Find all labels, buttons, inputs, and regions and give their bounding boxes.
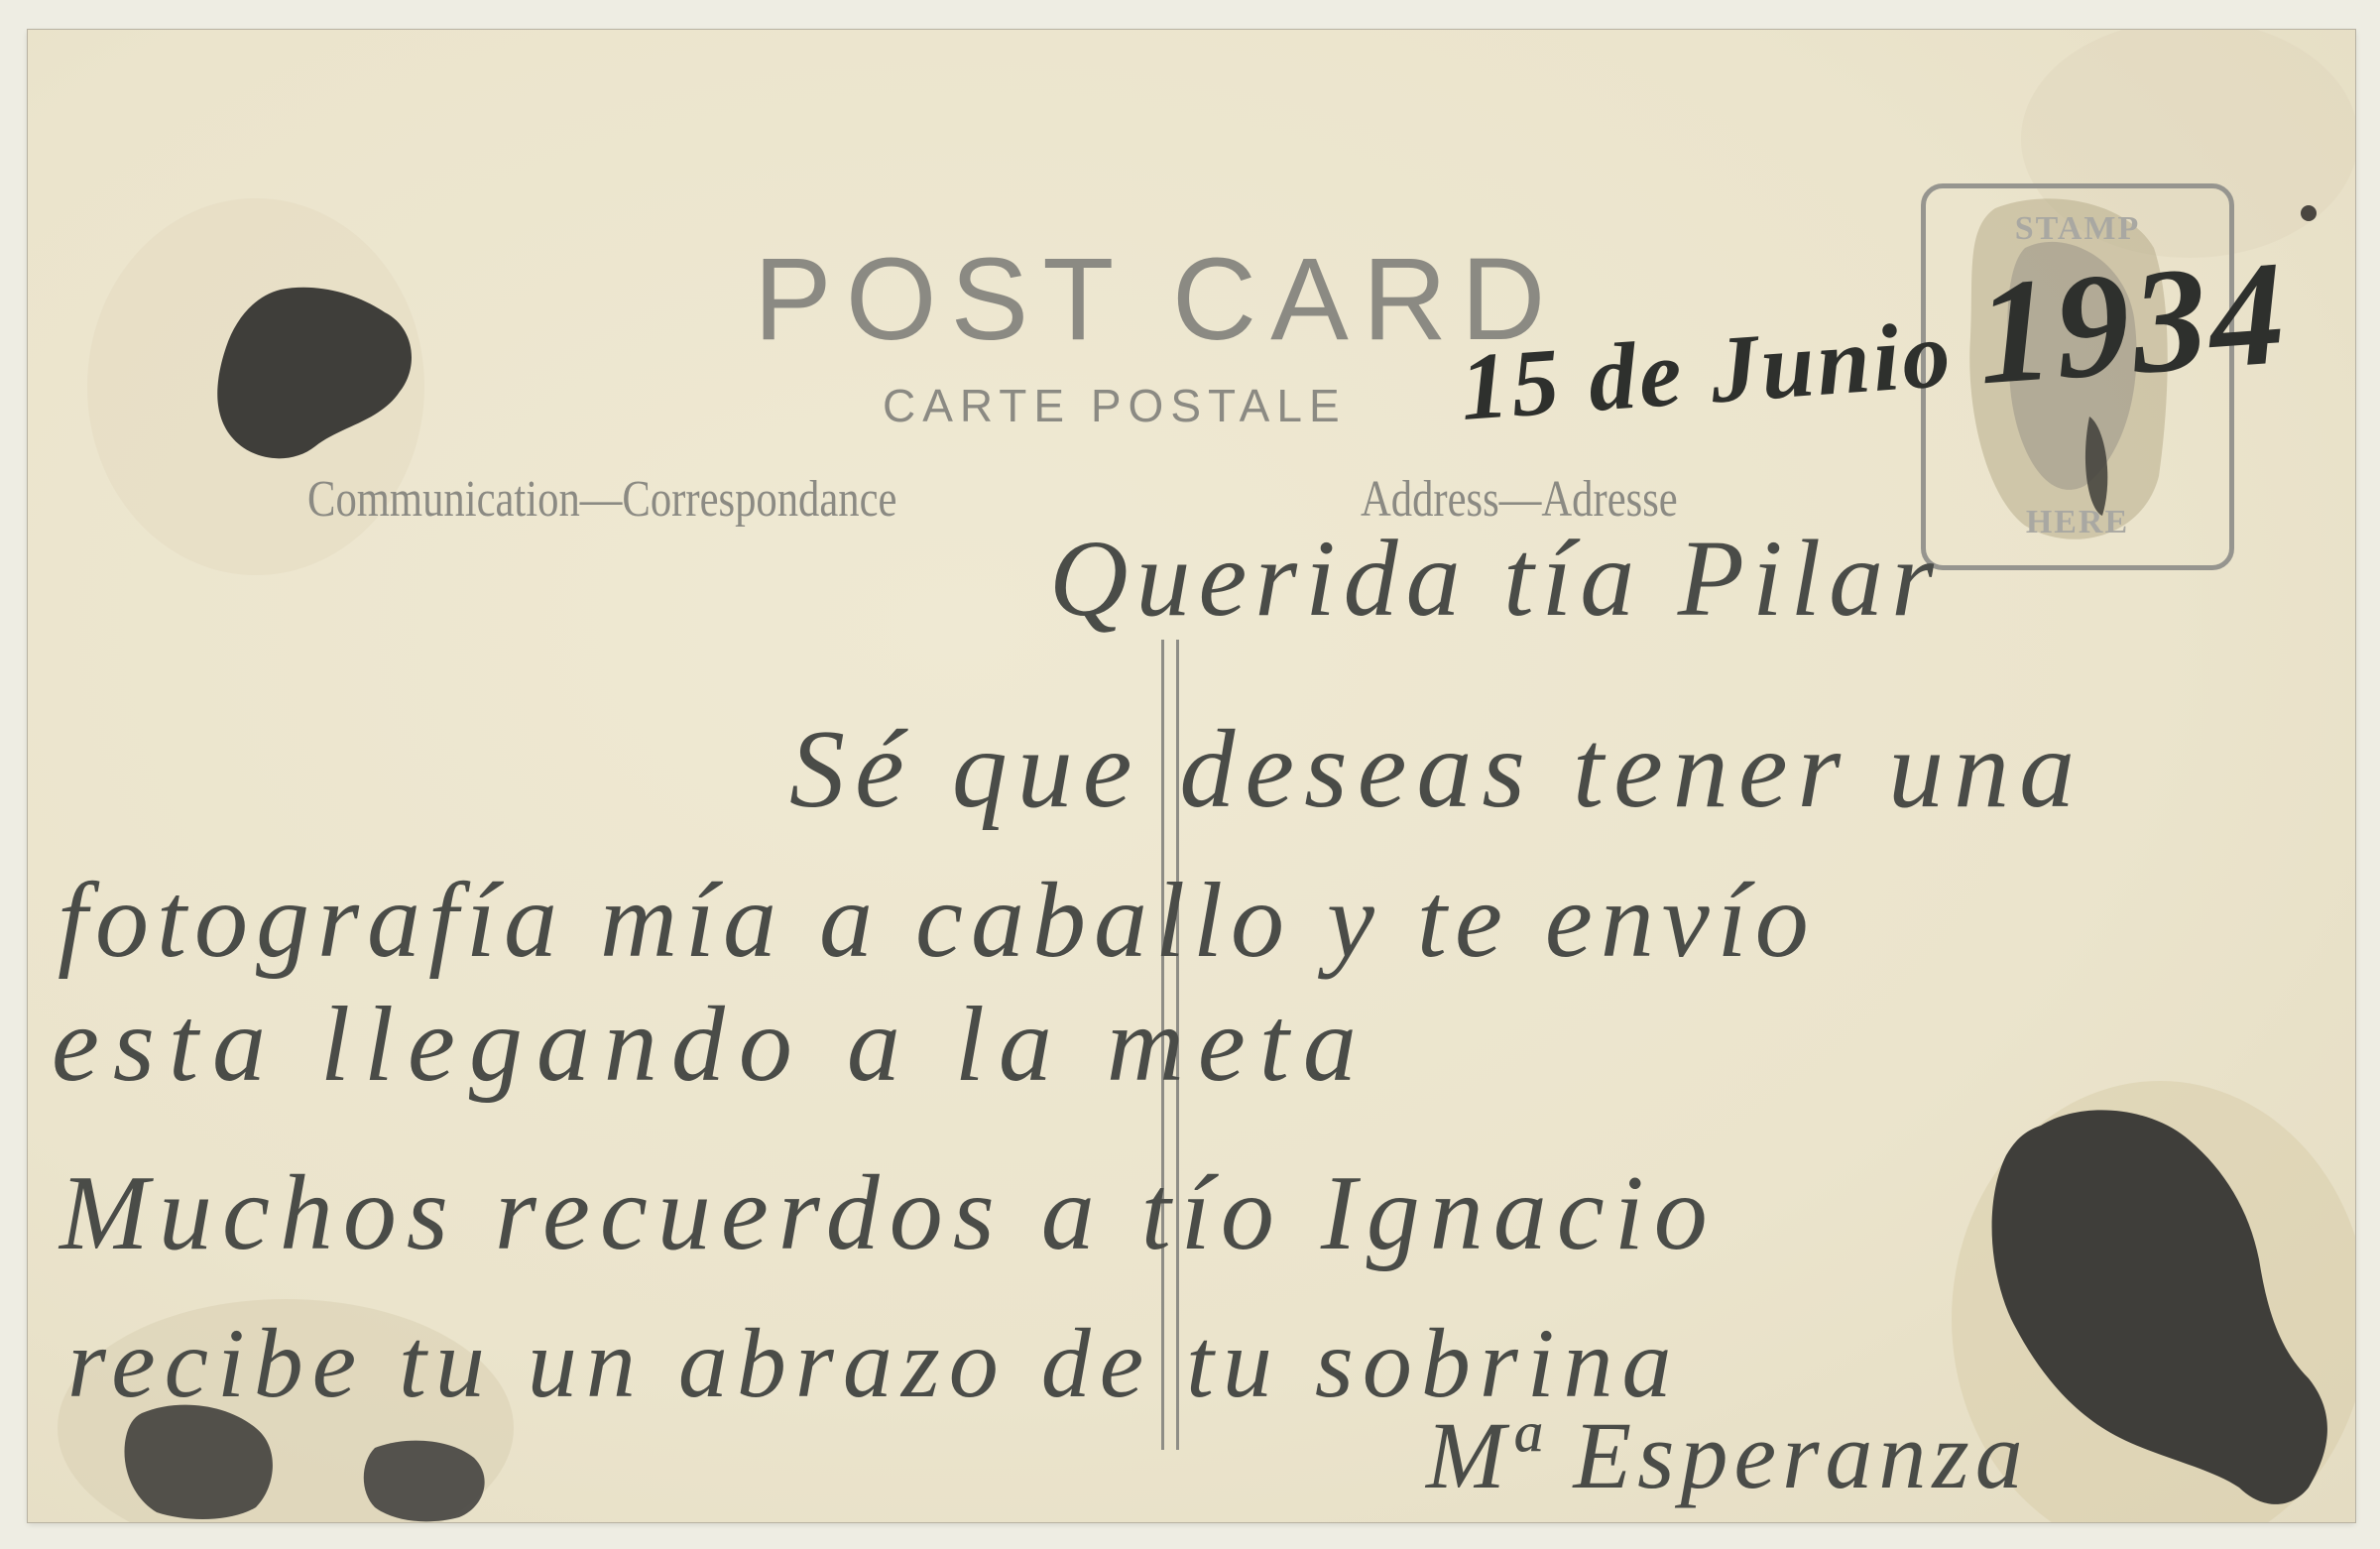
ink-blots (28, 30, 2355, 1522)
ink-blot-top-left (217, 288, 412, 459)
ink-blot-bottom-right (1992, 1110, 2327, 1504)
postcard: POST CARD CARTE POSTALE Communication—Co… (28, 30, 2355, 1522)
ink-speck (2301, 205, 2317, 221)
ink-blot-bottom-left-2 (364, 1441, 485, 1522)
ink-blot-bottom-left-1 (124, 1405, 272, 1519)
